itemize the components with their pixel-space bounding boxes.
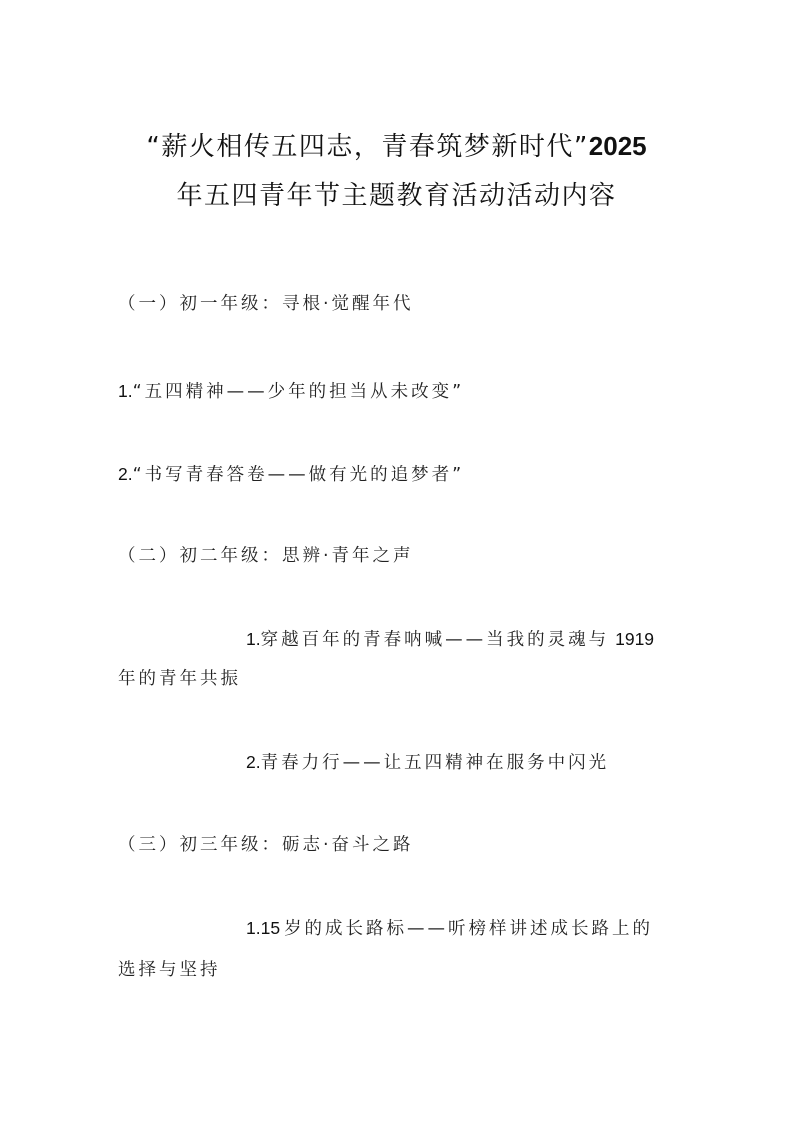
section-heading-grade-2: （二）初二年级：思辨·青年之声	[118, 544, 414, 568]
item-number: 1.	[118, 381, 133, 401]
section-heading-grade-3: （三）初三年级：砺志·奋斗之路	[118, 833, 414, 857]
list-item: 1.15岁的成长路标——听榜样讲述成长路上的	[246, 916, 653, 941]
item-text: “书写青春答卷——做有光的追梦者”	[133, 465, 465, 485]
title-text: “薪火相传五四志，青春筑梦新时代”	[146, 132, 588, 162]
item-number: 1.15	[246, 918, 280, 938]
list-item: 1.“五四精神——少年的担当从未改变”	[118, 379, 464, 404]
document-title-line-2: 年五四青年节主题教育活动活动内容	[100, 180, 693, 212]
list-item-continuation: 选择与坚持	[118, 958, 221, 982]
document-title-line-1: “薪火相传五四志，青春筑梦新时代”2025	[100, 130, 693, 163]
item-year: 1919	[615, 629, 654, 649]
section-heading-grade-1: （一）初一年级：寻根·觉醒年代	[118, 292, 414, 316]
title-year: 2025	[589, 131, 647, 161]
item-number: 2.	[246, 752, 261, 772]
item-text: 岁的成长路标——听榜样讲述成长路上的	[284, 919, 653, 939]
list-item-continuation: 年的青年共振	[118, 667, 241, 691]
item-number: 1.	[246, 629, 261, 649]
list-item: 2.青春力行——让五四精神在服务中闪光	[246, 750, 609, 775]
item-text: “五四精神——少年的担当从未改变”	[133, 382, 465, 402]
item-number: 2.	[118, 464, 133, 484]
document-page: “薪火相传五四志，青春筑梦新时代”2025 年五四青年节主题教育活动活动内容 （…	[0, 0, 793, 1122]
item-text: 青春力行——让五四精神在服务中闪光	[261, 753, 610, 773]
list-item: 1.穿越百年的青春呐喊——当我的灵魂与1919	[246, 627, 654, 652]
list-item: 2.“书写青春答卷——做有光的追梦者”	[118, 462, 464, 487]
item-text: 穿越百年的青春呐喊——当我的灵魂与	[261, 630, 610, 650]
